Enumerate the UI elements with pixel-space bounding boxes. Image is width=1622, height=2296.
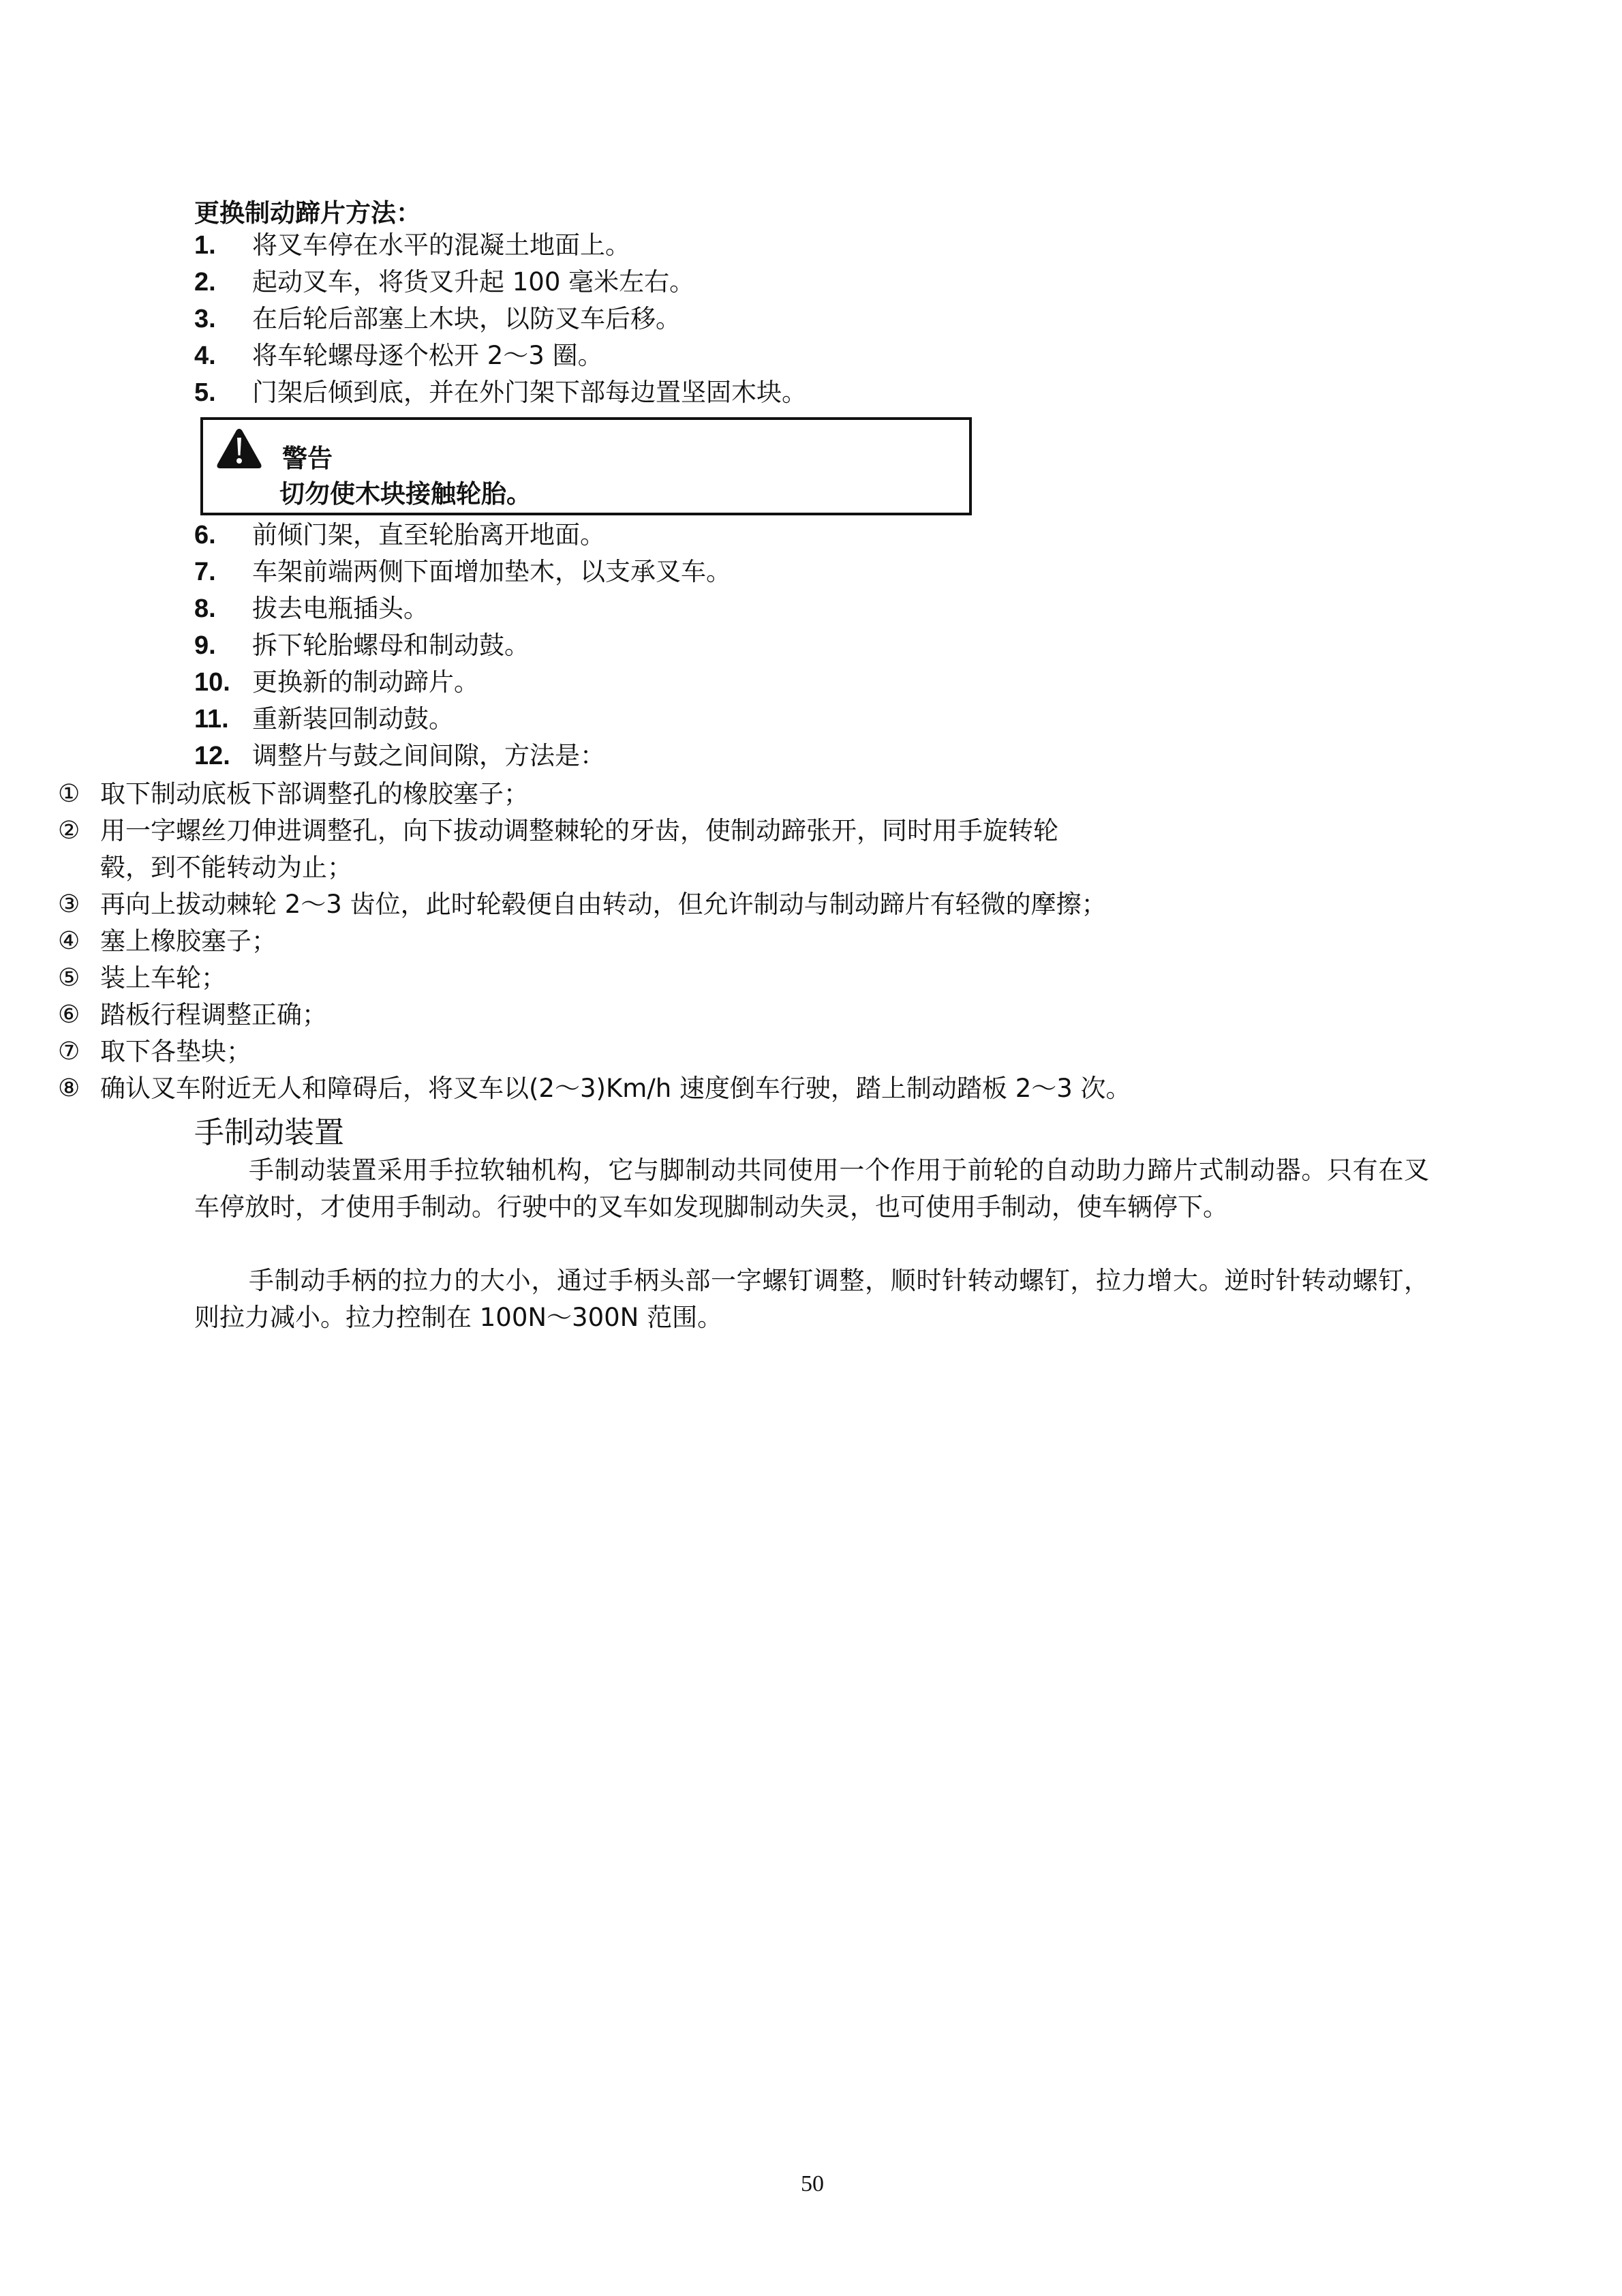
step-number: 12. [194,738,230,774]
page-number: 50 [801,2171,824,2197]
step-number: 10. [194,664,230,701]
step-number: 4. [194,337,216,374]
step-text: 拔去电瓶插头。 [252,590,429,627]
substep-marker: ⑤ [58,960,80,997]
substep-marker: ① [58,776,80,813]
step-text: 前倾门架，直至轮胎离开地面。 [252,517,605,554]
step-text: 起动叉车，将货叉升起 100 毫米左右。 [252,264,694,301]
substep-marker: ⑧ [58,1070,80,1107]
substep-text: 确认叉车附近无人和障碍后，将叉车以(2～3)Km/h 速度倒车行驶，踏上制动踏板… [100,1070,1131,1107]
substep-text: 毂，到不能转动为止； [100,849,352,886]
substep-text: 取下各垫块； [100,1033,251,1070]
warning-triangle-icon [215,427,263,470]
paragraph: 手制动手柄的拉力的大小，通过手柄头部一字螺钉调整，顺时针转动螺钉，拉力增大。逆时… [194,1263,1429,1336]
step-text: 调整片与鼓之间间隙，方法是： [252,738,605,774]
substep-marker: ② [58,813,80,849]
step-number: 11. [194,701,229,738]
step-text: 重新装回制动鼓。 [252,701,454,738]
substep-marker: ⑦ [58,1033,80,1070]
section-heading-hand-brake: 手制动装置 [194,1113,344,1153]
step-text: 门架后倾到底，并在外门架下部每边置坚固木块。 [252,374,807,411]
step-text: 更换新的制动蹄片。 [252,664,479,701]
step-number: 3. [194,301,216,337]
step-text: 拆下轮胎螺母和制动鼓。 [252,627,530,664]
step-number: 5. [194,374,216,411]
section-title: 更换制动蹄片方法： [194,195,421,232]
step-number: 1. [194,227,216,264]
substep-marker: ⑥ [58,997,80,1033]
substep-text: 用一字螺丝刀伸进调整孔，向下拔动调整棘轮的牙齿，使制动蹄张开，同时用手旋转轮 [100,813,1058,849]
substep-text: 塞上橡胶塞子； [100,923,277,960]
step-number: 8. [194,590,216,627]
paragraph: 手制动装置采用手拉软轴机构，它与脚制动共同使用一个作用于前轮的自动助力蹄片式制动… [194,1152,1429,1226]
warning-box: 警告 切勿使木块接触轮胎。 [200,417,972,515]
substep-text: 再向上拔动棘轮 2～3 齿位，此时轮毂便自由转动，但允许制动与制动蹄片有轻微的摩… [100,886,1107,923]
warning-title: 警告 [282,440,333,477]
step-number: 6. [194,517,216,554]
warning-text: 切勿使木块接触轮胎。 [279,476,532,513]
step-number: 7. [194,554,216,590]
step-text: 车架前端两侧下面增加垫木，以支承叉车。 [252,554,731,590]
substep-text: 取下制动底板下部调整孔的橡胶塞子； [100,776,529,813]
substep-marker: ④ [58,923,80,960]
step-number: 9. [194,627,216,664]
substep-marker: ③ [58,886,80,923]
step-number: 2. [194,264,216,301]
step-text: 在后轮后部塞上木块，以防叉车后移。 [252,301,681,337]
substep-text: 装上车轮； [100,960,226,997]
substep-text: 踏板行程调整正确； [100,997,327,1033]
step-text: 将车轮螺母逐个松开 2～3 圈。 [252,337,603,374]
step-text: 将叉车停在水平的混凝土地面上。 [252,227,630,264]
